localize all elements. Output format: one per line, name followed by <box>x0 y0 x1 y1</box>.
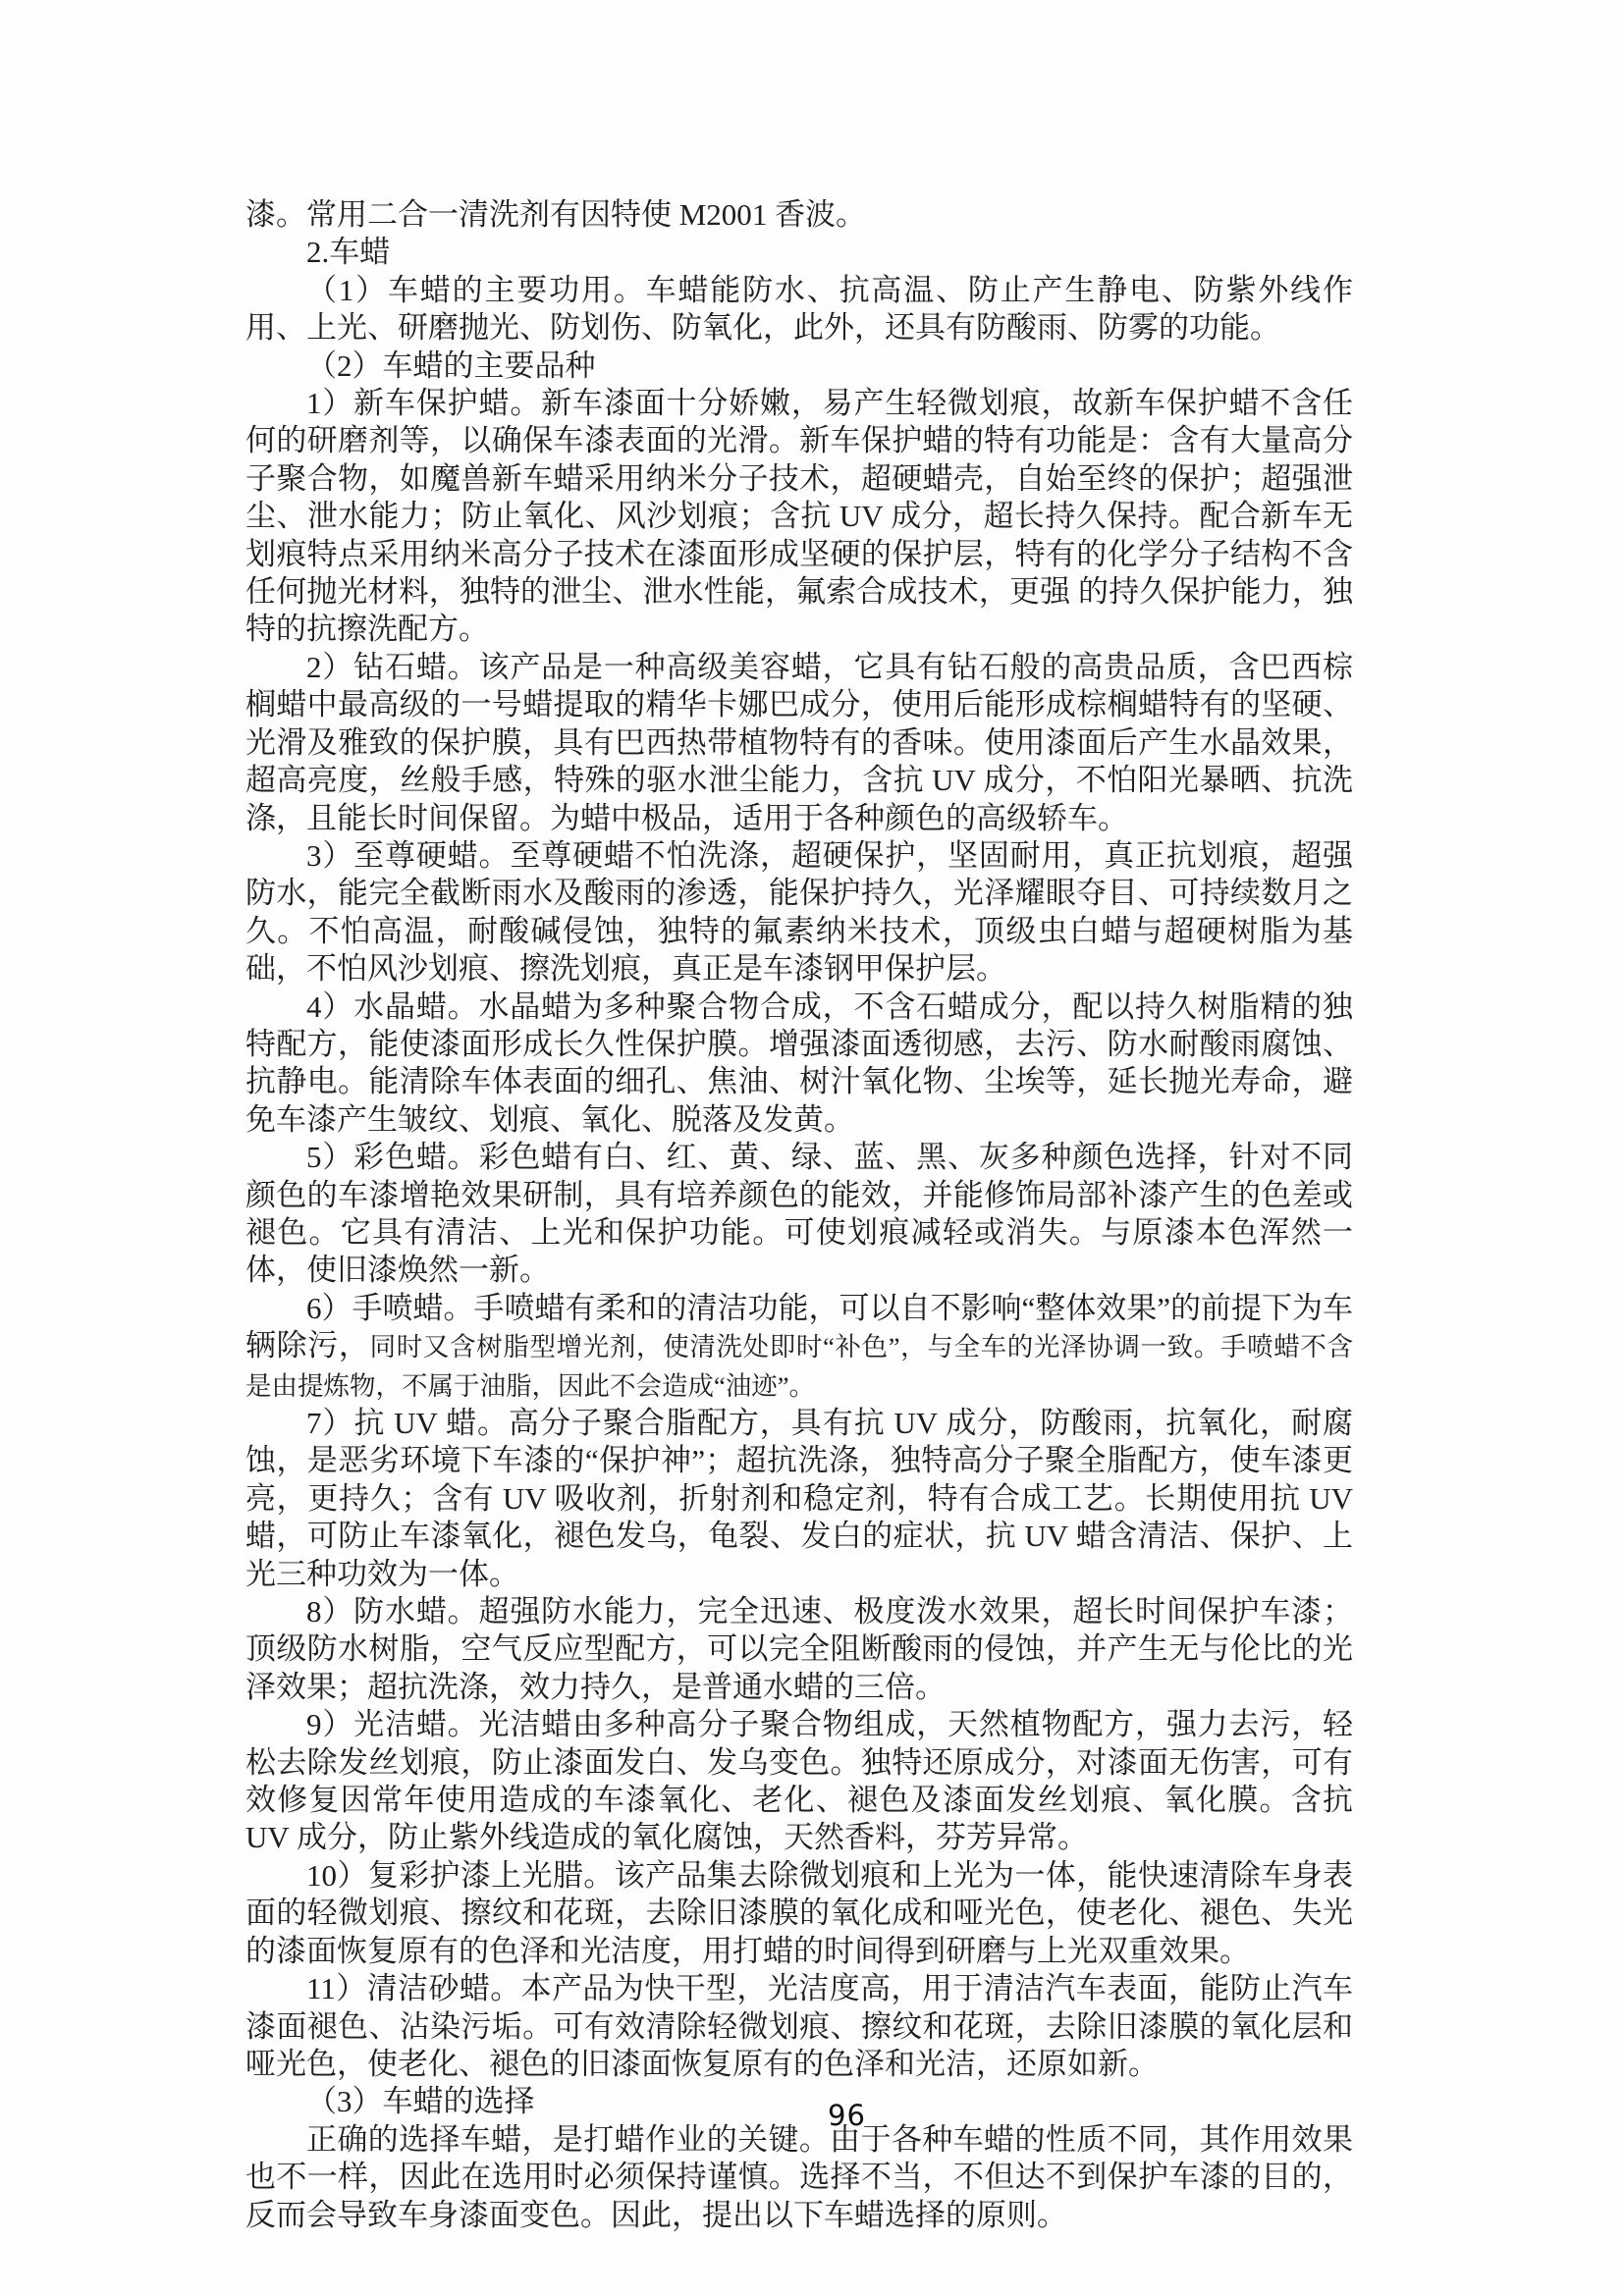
paragraph: 3）至尊硬蜡。至尊硬蜡不怕洗涤，超硬保护，坚固耐用，真正抗划痕，超强防水，能完全… <box>245 837 1353 988</box>
page-number: 96 <box>828 2099 866 2132</box>
text-segment: 1）新车保护蜡。新车漆面十分娇嫩，易产生轻微划痕，故新车保护蜡不含任何的研磨剂等… <box>245 386 1353 646</box>
text-segment: 5）彩色蜡。彩色蜡有白、红、黄、绿、蓝、黑、灰多种颜色选择，针对不同颜色的车漆增… <box>245 1140 1353 1287</box>
paragraph: 2）钻石蜡。该产品是一种高级美容蜡，它具有钻石般的高贵品质，含巴西棕榈蜡中最高级… <box>245 649 1353 837</box>
paragraph: 11）清洁砂蜡。本产品为快干型，光洁度高，用于清洁汽车表面，能防止汽车漆面褪色、… <box>245 1970 1353 2083</box>
text-segment: 9）光洁蜡。光洁蜡由多种高分子聚合物组成，天然植物配方，强力去污，轻松去除发丝划… <box>245 1707 1353 1854</box>
paragraph: 7）抗 UV 蜡。高分子聚合脂配方，具有抗 UV 成分，防酸雨，抗氧化，耐腐蚀，… <box>245 1405 1353 1593</box>
text-segment: （2）车蜡的主要品种 <box>306 348 596 383</box>
text-segment: 正确的选择车蜡，是打蜡作业的关键。由于各种车蜡的性质不同，其作用效果也不一样，因… <box>245 2122 1353 2232</box>
text-segment: 漆。常用二合一清洗剂有因特使 M2001 香波。 <box>245 197 866 232</box>
paragraph: （2）车蜡的主要品种 <box>245 347 1353 385</box>
paragraph: 漆。常用二合一清洗剂有因特使 M2001 香波。 <box>245 196 1353 234</box>
text-segment: 2.车蜡 <box>306 235 390 269</box>
paragraph: 8）防水蜡。超强防水能力，完全迅速、极度泼水效果，超长时间保护车漆；顶级防水树脂… <box>245 1593 1353 1706</box>
paragraph: 6）手喷蜡。手喷蜡有柔和的清洁功能，可以自不影响“整体效果”的前提下为车辆除污，… <box>245 1290 1353 1405</box>
text-segment: 同时又含树脂型增光剂，使清洗处即时“补色”，与全车的光泽协调一致。手喷蜡不含是由… <box>245 1332 1353 1400</box>
paragraph: 正确的选择车蜡，是打蜡作业的关键。由于各种车蜡的性质不同，其作用效果也不一样，因… <box>245 2121 1353 2234</box>
document-page: 漆。常用二合一清洗剂有因特使 M2001 香波。2.车蜡（1）车蜡的主要功用。车… <box>0 0 1624 2296</box>
paragraph: 4）水晶蜡。水晶蜡为多种聚合物合成，不含石蜡成分，配以持久树脂精的独特配方，能使… <box>245 988 1353 1140</box>
text-segment: 8）防水蜡。超强防水能力，完全迅速、极度泼水效果，超长时间保护车漆；顶级防水树脂… <box>245 1594 1353 1704</box>
text-segment: （1）车蜡的主要功用。车蜡能防水、抗高温、防止产生静电、防紫外线作用、上光、研磨… <box>245 273 1353 345</box>
body-text: 漆。常用二合一清洗剂有因特使 M2001 香波。2.车蜡（1）车蜡的主要功用。车… <box>245 196 1353 2234</box>
paragraph: 10）复彩护漆上光腊。该产品集去除微划痕和上光为一体，能快速清除车身表面的轻微划… <box>245 1857 1353 1970</box>
paragraph: 1）新车保护蜡。新车漆面十分娇嫩，易产生轻微划痕，故新车保护蜡不含任何的研磨剂等… <box>245 385 1353 649</box>
text-segment: 7）抗 UV 蜡。高分子聚合脂配方，具有抗 UV 成分，防酸雨，抗氧化，耐腐蚀，… <box>245 1406 1353 1591</box>
paragraph: 9）光洁蜡。光洁蜡由多种高分子聚合物组成，天然植物配方，强力去污，轻松去除发丝划… <box>245 1706 1353 1857</box>
paragraph: （1）车蜡的主要功用。车蜡能防水、抗高温、防止产生静电、防紫外线作用、上光、研磨… <box>245 272 1353 347</box>
text-segment: 3）至尊硬蜡。至尊硬蜡不怕洗涤，超硬保护，坚固耐用，真正抗划痕，超强防水，能完全… <box>245 838 1353 986</box>
paragraph: （3）车蜡的选择 <box>245 2083 1353 2120</box>
text-segment: 11）清洁砂蜡。本产品为快干型，光洁度高，用于清洁汽车表面，能防止汽车漆面褪色、… <box>245 1971 1353 2081</box>
text-segment: （3）车蜡的选择 <box>306 2084 535 2118</box>
text-segment: 4）水晶蜡。水晶蜡为多种聚合物合成，不含石蜡成分，配以持久树脂精的独特配方，能使… <box>245 989 1353 1137</box>
text-segment: 10）复彩护漆上光腊。该产品集去除微划痕和上光为一体，能快速清除车身表面的轻微划… <box>245 1858 1353 1968</box>
paragraph: 2.车蜡 <box>245 234 1353 271</box>
text-segment: 2）钻石蜡。该产品是一种高级美容蜡，它具有钻石般的高贵品质，含巴西棕榈蜡中最高级… <box>245 650 1353 835</box>
paragraph: 5）彩色蜡。彩色蜡有白、红、黄、绿、蓝、黑、灰多种颜色选择，针对不同颜色的车漆增… <box>245 1139 1353 1290</box>
